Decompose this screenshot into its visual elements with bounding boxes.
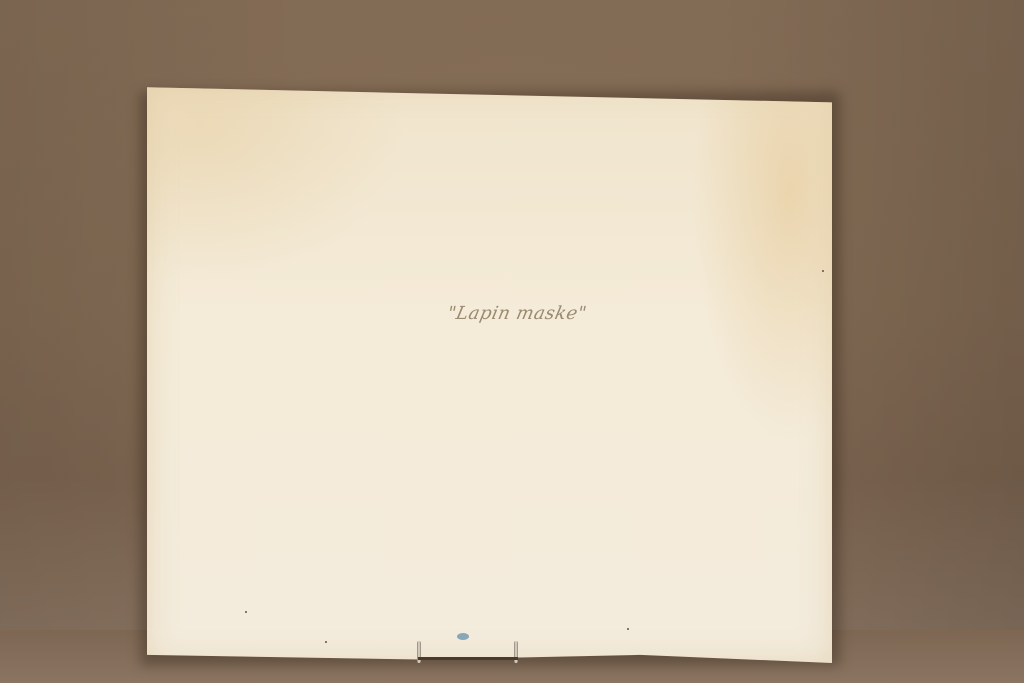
handwritten-inscription: "Lapin maske" [415,303,619,324]
cardboard-panel: "Lapin maske" [147,85,832,663]
speck [627,628,629,630]
display-stand-bar [418,657,518,660]
stain-top-left [147,85,407,285]
speck [822,270,824,272]
speck [245,611,247,613]
stain-right-edge [692,85,832,445]
blue-ink-spot [457,633,469,640]
speck [325,641,327,643]
